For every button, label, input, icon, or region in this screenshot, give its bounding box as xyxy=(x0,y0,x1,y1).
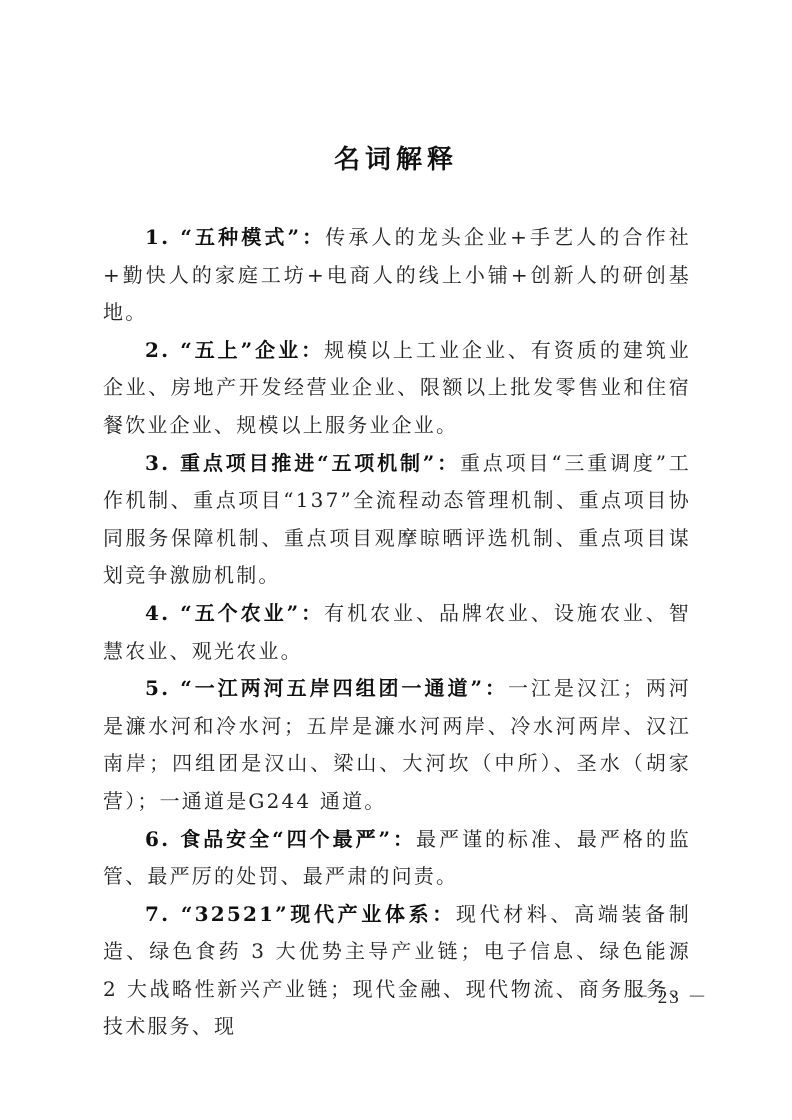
glossary-term: 4. “五个农业”： xyxy=(145,601,324,625)
glossary-entry-3: 3. 重点项目推进“五项机制”：重点项目“三重调度”工作机制、重点项目“137”… xyxy=(103,445,691,595)
glossary-term: 5. “一江两河五岸四组团一通道”： xyxy=(145,676,508,700)
glossary-term: 3. 重点项目推进“五项机制”： xyxy=(145,451,460,475)
glossary-term: 7. “32521”现代产业体系： xyxy=(145,902,456,926)
document-page: 名词解释 1. “五种模式”：传承人的龙头企业+手艺人的合作社+勤快人的家庭工坊… xyxy=(0,0,792,1120)
glossary-entry-6: 6. 食品安全“四个最严”：最严谨的标准、最严格的监管、最严厉的处罚、最严肃的问… xyxy=(103,821,691,896)
glossary-entry-2: 2. “五上”企业：规模以上工业企业、有资质的建筑业企业、房地产开发经营业企业、… xyxy=(103,332,691,445)
glossary-term: 6. 食品安全“四个最严”： xyxy=(145,827,416,851)
glossary-list: 1. “五种模式”：传承人的龙头企业+手艺人的合作社+勤快人的家庭工坊+电商人的… xyxy=(103,219,691,1046)
glossary-entry-7: 7. “32521”现代产业体系：现代材料、高端装备制造、绿色食药 3 大优势主… xyxy=(103,896,691,1046)
glossary-term: 2. “五上”企业： xyxy=(145,338,324,362)
glossary-entry-4: 4. “五个农业”：有机农业、品牌农业、设施农业、智慧农业、观光农业。 xyxy=(103,595,691,670)
page-title: 名词解释 xyxy=(0,142,792,178)
glossary-entry-1: 1. “五种模式”：传承人的龙头企业+手艺人的合作社+勤快人的家庭工坊+电商人的… xyxy=(103,219,691,332)
page-number: － 23 － xyxy=(630,982,709,1009)
glossary-entry-5: 5. “一江两河五岸四组团一通道”：一江是汉江；两河是濂水河和冷水河；五岸是濂水… xyxy=(103,670,691,820)
glossary-term: 1. “五种模式”： xyxy=(145,225,325,249)
